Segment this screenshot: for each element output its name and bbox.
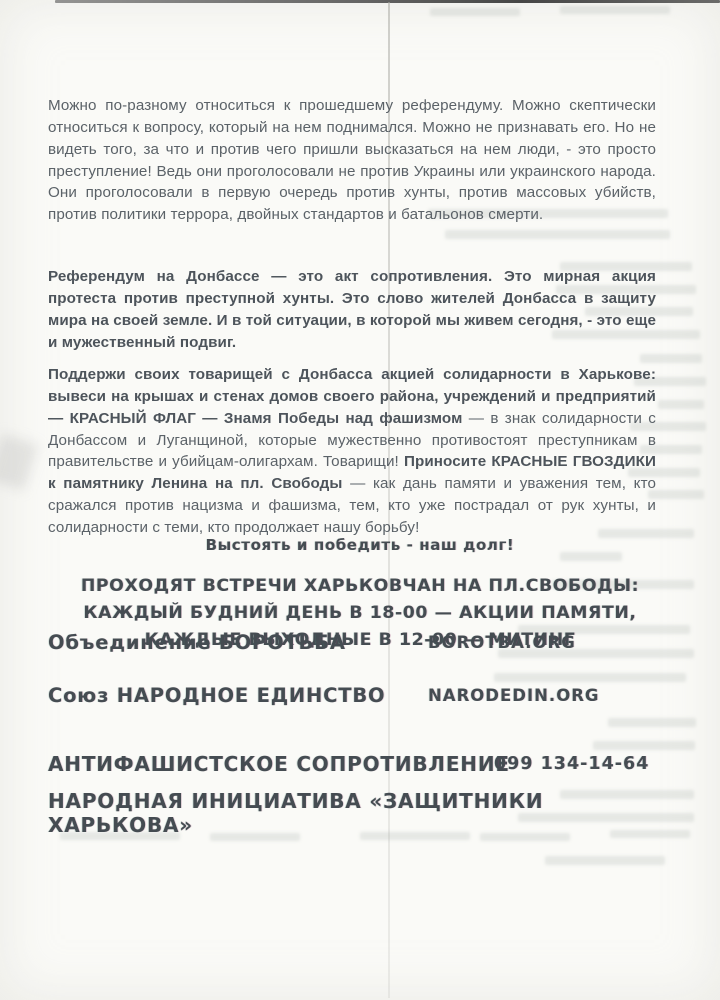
org-row-antifascist-resistance: АНТИФАШИСТСКОЕ СОПРОТИВЛЕНИЕ 099 134-14-…: [48, 752, 688, 776]
org-name-defenders-of-kharkov: НАРОДНАЯ ИНИЦИАТИВА «ЗАЩИТНИКИ ХАРЬКОВА»: [48, 789, 543, 837]
bleed-through-line: [648, 490, 704, 499]
bleed-through-line: [560, 6, 670, 14]
scan-smudge: [0, 433, 38, 490]
org-row-defenders-of-kharkov: НАРОДНАЯ ИНИЦИАТИВА «ЗАЩИТНИКИ ХАРЬКОВА»: [48, 789, 688, 837]
bleed-through-line: [658, 400, 704, 409]
bleed-through-line: [545, 856, 665, 865]
org-name-antifascist-resistance: АНТИФАШИСТСКОЕ СОПРОТИВЛЕНИЕ: [48, 752, 510, 776]
bleed-through-line: [430, 8, 520, 16]
paragraph-solidarity-call: Поддержи своих товарищей с Донбасса акци…: [48, 364, 656, 538]
org-name-narodnoe-edinstvo: Союз НАРОДНОЕ ЕДИНСТВО: [48, 684, 385, 707]
paragraph-referendum-resistance: Референдум на Донбассе — это акт сопроти…: [48, 266, 656, 353]
bleed-through-line: [494, 673, 686, 682]
org-website-narodnoe-edinstvo: NARODEDIN.ORG: [428, 686, 599, 705]
bleed-through-line: [593, 741, 695, 750]
bleed-through-line: [608, 718, 696, 727]
org-website-borotba: BOROTBA.ORG: [428, 633, 576, 652]
org-phone-number: 099 134-14-64: [494, 754, 649, 774]
bleed-through-line: [445, 230, 670, 239]
bleed-through-line: [640, 354, 702, 363]
slogan-line: Выстоять и победить - наш долг!: [0, 536, 720, 554]
org-name-borotba: Объединение БОРОТЬБА: [48, 631, 346, 654]
org-row-narodnoe-edinstvo: Союз НАРОДНОЕ ЕДИНСТВО NARODEDIN.ORG: [48, 684, 688, 707]
org-row-borotba: Объединение БОРОТЬБА BOROTBA.ORG: [48, 631, 688, 654]
scanned-leaflet-page: Можно по-разному относиться к прошедшему…: [0, 0, 720, 1000]
paragraph-referendum-attitude: Можно по-разному относиться к прошедшему…: [48, 95, 656, 226]
